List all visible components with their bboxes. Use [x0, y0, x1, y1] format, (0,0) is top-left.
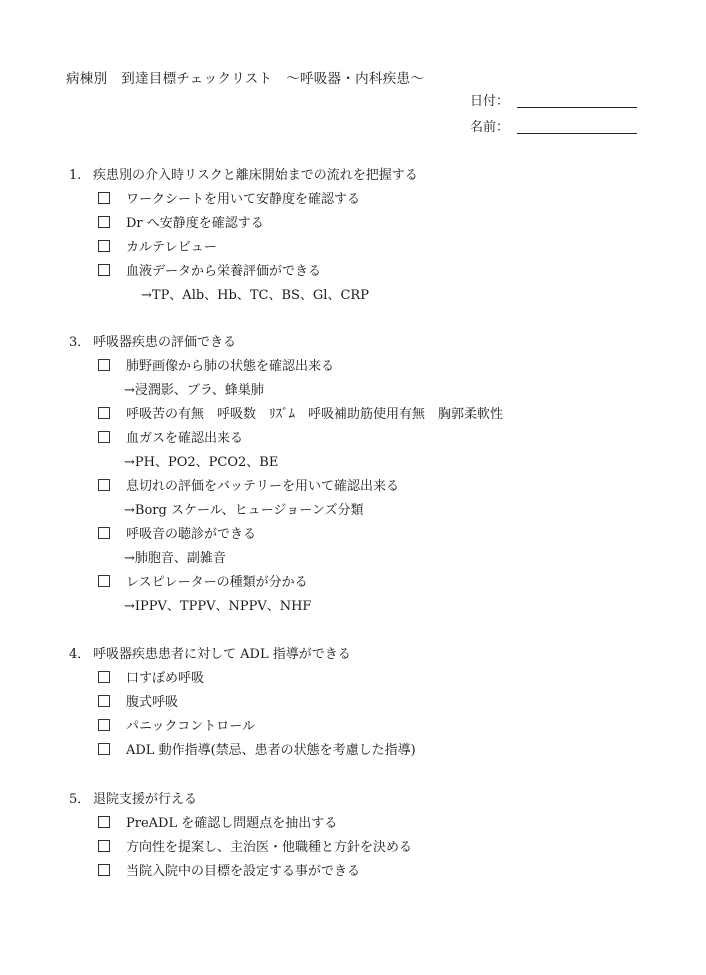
- checklist-item[interactable]: 腹式呼吸: [98, 695, 178, 711]
- checklist-item[interactable]: パニックコントロール: [98, 719, 255, 735]
- item-label: PreADL を確認し問題点を抽出する: [126, 816, 337, 831]
- checkbox-icon[interactable]: [98, 743, 110, 755]
- item-label: ワークシートを用いて安静度を確認する: [126, 192, 360, 207]
- item-label: カルテレビュー: [126, 240, 217, 255]
- item-label: 呼吸音の聴診ができる: [126, 527, 256, 542]
- checkbox-icon[interactable]: [98, 407, 110, 419]
- checkbox-icon[interactable]: [98, 192, 110, 204]
- section-1-heading: 1.疾患別の介入時リスクと離床開始までの流れを把握する: [69, 168, 418, 184]
- date-label: 日付：: [470, 94, 509, 109]
- checkbox-icon[interactable]: [98, 840, 110, 852]
- checkbox-icon[interactable]: [98, 695, 110, 707]
- document-title: 病棟別 到達目標チェックリスト ～呼吸器・内科疾患～: [66, 71, 424, 87]
- checklist-item[interactable]: レスピレーターの種類が分かる: [98, 575, 308, 591]
- checklist-item[interactable]: 血液データから栄養評価ができる: [98, 264, 321, 280]
- section-number: 5．: [69, 792, 93, 808]
- item-detail: →浸潤影、ブラ、蜂巣肺: [124, 383, 264, 399]
- item-label: 血液データから栄養評価ができる: [126, 264, 321, 279]
- checklist-item[interactable]: 肺野画像から肺の状態を確認出来る: [98, 359, 334, 375]
- checkbox-icon[interactable]: [98, 359, 110, 371]
- item-label: 血ガスを確認出来る: [126, 431, 243, 446]
- checkbox-icon[interactable]: [98, 479, 110, 491]
- checkbox-icon[interactable]: [98, 527, 110, 539]
- checklist-item[interactable]: 息切れの評価をバッテリーを用いて確認出来る: [98, 479, 399, 495]
- checklist-item[interactable]: 血ガスを確認出来る: [98, 431, 243, 447]
- item-detail: →PH、PO2、PCO2、BE: [124, 455, 278, 471]
- checklist-item[interactable]: PreADL を確認し問題点を抽出する: [98, 816, 337, 832]
- item-detail: →TP、Alb、Hb、TC、BS、Gl、CRP: [141, 288, 369, 304]
- checkbox-icon[interactable]: [98, 816, 110, 828]
- checklist-item[interactable]: ワークシートを用いて安静度を確認する: [98, 192, 360, 208]
- section-number: 3．: [69, 335, 93, 351]
- item-detail: →Borg スケール、ヒュージョーンズ分類: [124, 503, 363, 519]
- item-label: 肺野画像から肺の状態を確認出来る: [126, 359, 334, 374]
- item-label: 方向性を提案し、主治医・他職種と方針を決める: [126, 840, 412, 855]
- item-detail: →肺胞音、副雑音: [124, 551, 226, 567]
- section-number: 4．: [69, 647, 93, 663]
- section-title: 疾患別の介入時リスクと離床開始までの流れを把握する: [93, 168, 418, 183]
- section-title: 呼吸器疾患の評価できる: [93, 335, 236, 350]
- item-label: 呼吸苦の有無 呼吸数 ﾘｽﾞﾑ 呼吸補助筋使用有無 胸郭柔軟性: [126, 407, 503, 422]
- item-label: パニックコントロール: [126, 719, 255, 734]
- checklist-item[interactable]: カルテレビュー: [98, 240, 217, 256]
- item-label: 当院入院中の目標を設定する事ができる: [126, 864, 360, 879]
- item-label: レスピレーターの種類が分かる: [126, 575, 308, 590]
- section-title: 退院支援が行える: [93, 792, 197, 807]
- date-blank-line[interactable]: [517, 107, 637, 108]
- checkbox-icon[interactable]: [98, 575, 110, 587]
- checkbox-icon[interactable]: [98, 864, 110, 876]
- checklist-item[interactable]: 呼吸苦の有無 呼吸数 ﾘｽﾞﾑ 呼吸補助筋使用有無 胸郭柔軟性: [98, 407, 503, 423]
- checkbox-icon[interactable]: [98, 431, 110, 443]
- item-label: 息切れの評価をバッテリーを用いて確認出来る: [126, 479, 399, 494]
- checkbox-icon[interactable]: [98, 264, 110, 276]
- checklist-item[interactable]: Dr へ安静度を確認する: [98, 216, 264, 232]
- item-label: 腹式呼吸: [126, 695, 178, 710]
- item-label: ADL 動作指導(禁忌、患者の状態を考慮した指導): [126, 743, 416, 758]
- checklist-item[interactable]: ADL 動作指導(禁忌、患者の状態を考慮した指導): [98, 743, 416, 759]
- section-3-heading: 3．呼吸器疾患の評価できる: [69, 335, 236, 351]
- item-detail: →IPPV、TPPV、NPPV、NHF: [124, 599, 311, 615]
- name-field: 名前：: [470, 120, 637, 136]
- checkbox-icon[interactable]: [98, 216, 110, 228]
- name-label: 名前：: [470, 120, 509, 135]
- name-blank-line[interactable]: [517, 133, 637, 134]
- checklist-item[interactable]: 当院入院中の目標を設定する事ができる: [98, 864, 360, 880]
- checklist-item[interactable]: 口すぼめ呼吸: [98, 671, 204, 687]
- section-number: 1.: [69, 168, 93, 184]
- section-title: 呼吸器疾患患者に対して ADL 指導ができる: [93, 647, 351, 662]
- checkbox-icon[interactable]: [98, 671, 110, 683]
- checkbox-icon[interactable]: [98, 719, 110, 731]
- item-label: 口すぼめ呼吸: [126, 671, 204, 686]
- item-label: Dr へ安静度を確認する: [126, 216, 264, 231]
- section-4-heading: 4．呼吸器疾患患者に対して ADL 指導ができる: [69, 647, 351, 663]
- checklist-item[interactable]: 呼吸音の聴診ができる: [98, 527, 256, 543]
- date-field: 日付：: [470, 94, 637, 110]
- checklist-item[interactable]: 方向性を提案し、主治医・他職種と方針を決める: [98, 840, 412, 856]
- checkbox-icon[interactable]: [98, 240, 110, 252]
- section-5-heading: 5．退院支援が行える: [69, 792, 197, 808]
